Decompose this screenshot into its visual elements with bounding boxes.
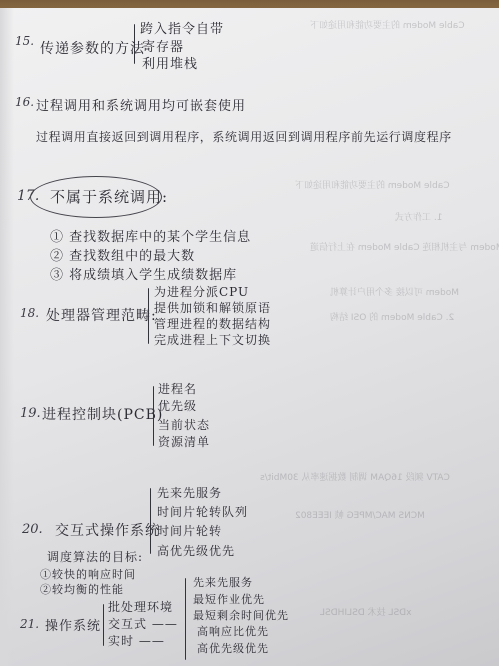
sub-branch: 最短作业优先 — [193, 591, 265, 607]
branch: 资源清单 — [158, 433, 210, 450]
item-number: 15. — [15, 34, 34, 48]
subnote-item: ②较均衡的性能 — [40, 581, 124, 597]
bleed-text: Cable Modem 的主要功能和用途如下 — [310, 18, 465, 31]
branch: 当前状态 — [158, 416, 210, 433]
list-item: ② 查找数组中的最大数 — [50, 245, 195, 264]
sub-branch: 最短剩余时间优先 — [193, 607, 289, 623]
item-number: 21. — [20, 617, 39, 631]
branch: 时间片轮转队列 — [157, 503, 248, 520]
page-shadow — [0, 8, 14, 666]
bleed-text: 1. 工作方式 — [395, 210, 442, 223]
branch: 提供加锁和解锁原语 — [154, 299, 271, 316]
brace — [185, 578, 186, 660]
brace — [150, 488, 151, 554]
branch: 利用堆栈 — [142, 53, 198, 72]
branch: 实时 —— — [108, 632, 165, 649]
branch: 管理进程的数据结构 — [154, 315, 271, 332]
item-title: 不属于系统调用: — [50, 186, 168, 207]
branch: 完成进程上下文切换 — [154, 331, 271, 348]
branch: 交互式 —— — [108, 615, 178, 632]
item-title: 处理器管理范畴: — [46, 305, 157, 325]
bleed-text: xDSL 技术 DSLIHDSL — [320, 605, 411, 618]
branch: 为进程分派CPU — [154, 283, 249, 300]
bleed-text: CATV 频段 16QAM 调制 数据速率从 30Mbit/s — [260, 470, 450, 483]
branch: 高优先级优先 — [157, 542, 235, 559]
item-title: 进程控制块(PCB) — [42, 404, 163, 424]
branch: 进程名 — [158, 380, 197, 397]
brace — [103, 604, 104, 646]
item-number: 18. — [20, 306, 39, 320]
branch: 时间片轮转 — [157, 522, 222, 539]
bleed-text: Cable Modem 与主机相连 Cable Modem 在上行信道 — [310, 240, 499, 253]
item-title: 交互式操作系统 — [55, 520, 160, 540]
item-number: 16. — [15, 95, 34, 109]
item-title: 传递参数的方法 — [40, 38, 145, 58]
sub-branch: 先来先服务 — [193, 574, 253, 590]
subnote-item: ①较快的响应时间 — [40, 566, 136, 582]
branch: 优先级 — [158, 397, 197, 414]
list-item: ③ 将成绩填入学生成绩数据库 — [50, 264, 237, 283]
sub-branch: 高响应比优先 — [197, 623, 269, 639]
item-title: 过程调用和系统调用均可嵌套使用 — [36, 95, 246, 114]
subnote-title: 调度算法的目标: — [47, 548, 143, 565]
item-number: 19. — [20, 406, 41, 421]
brace — [134, 24, 135, 64]
list-item: ① 查找数据库中的某个学生信息 — [50, 226, 251, 245]
bleed-text: MCNS MAC/MPEG 帧 IEEE802 — [295, 508, 425, 521]
item-number: 20. — [22, 522, 43, 537]
brace — [148, 288, 149, 344]
sub-branch: 高优先级优先 — [197, 640, 269, 656]
item-note: 过程调用直接返回到调用程序，系统调用返回到调用程序前先运行调度程序 — [36, 128, 452, 145]
branch: 先来先服务 — [157, 484, 222, 501]
branch: 批处理环境 — [108, 598, 173, 615]
branch: 跨入指令自带 — [140, 18, 224, 37]
brace — [153, 386, 154, 446]
item-title: 操作系统 — [45, 615, 101, 634]
bleed-text: Cable Modem 的主要功能和用途如下 — [295, 178, 450, 191]
bleed-text: 2. Cable Modem 的 OSI 结构 — [330, 310, 454, 323]
bleed-text: Modem 可以接 多个用户计算机 — [330, 285, 459, 298]
